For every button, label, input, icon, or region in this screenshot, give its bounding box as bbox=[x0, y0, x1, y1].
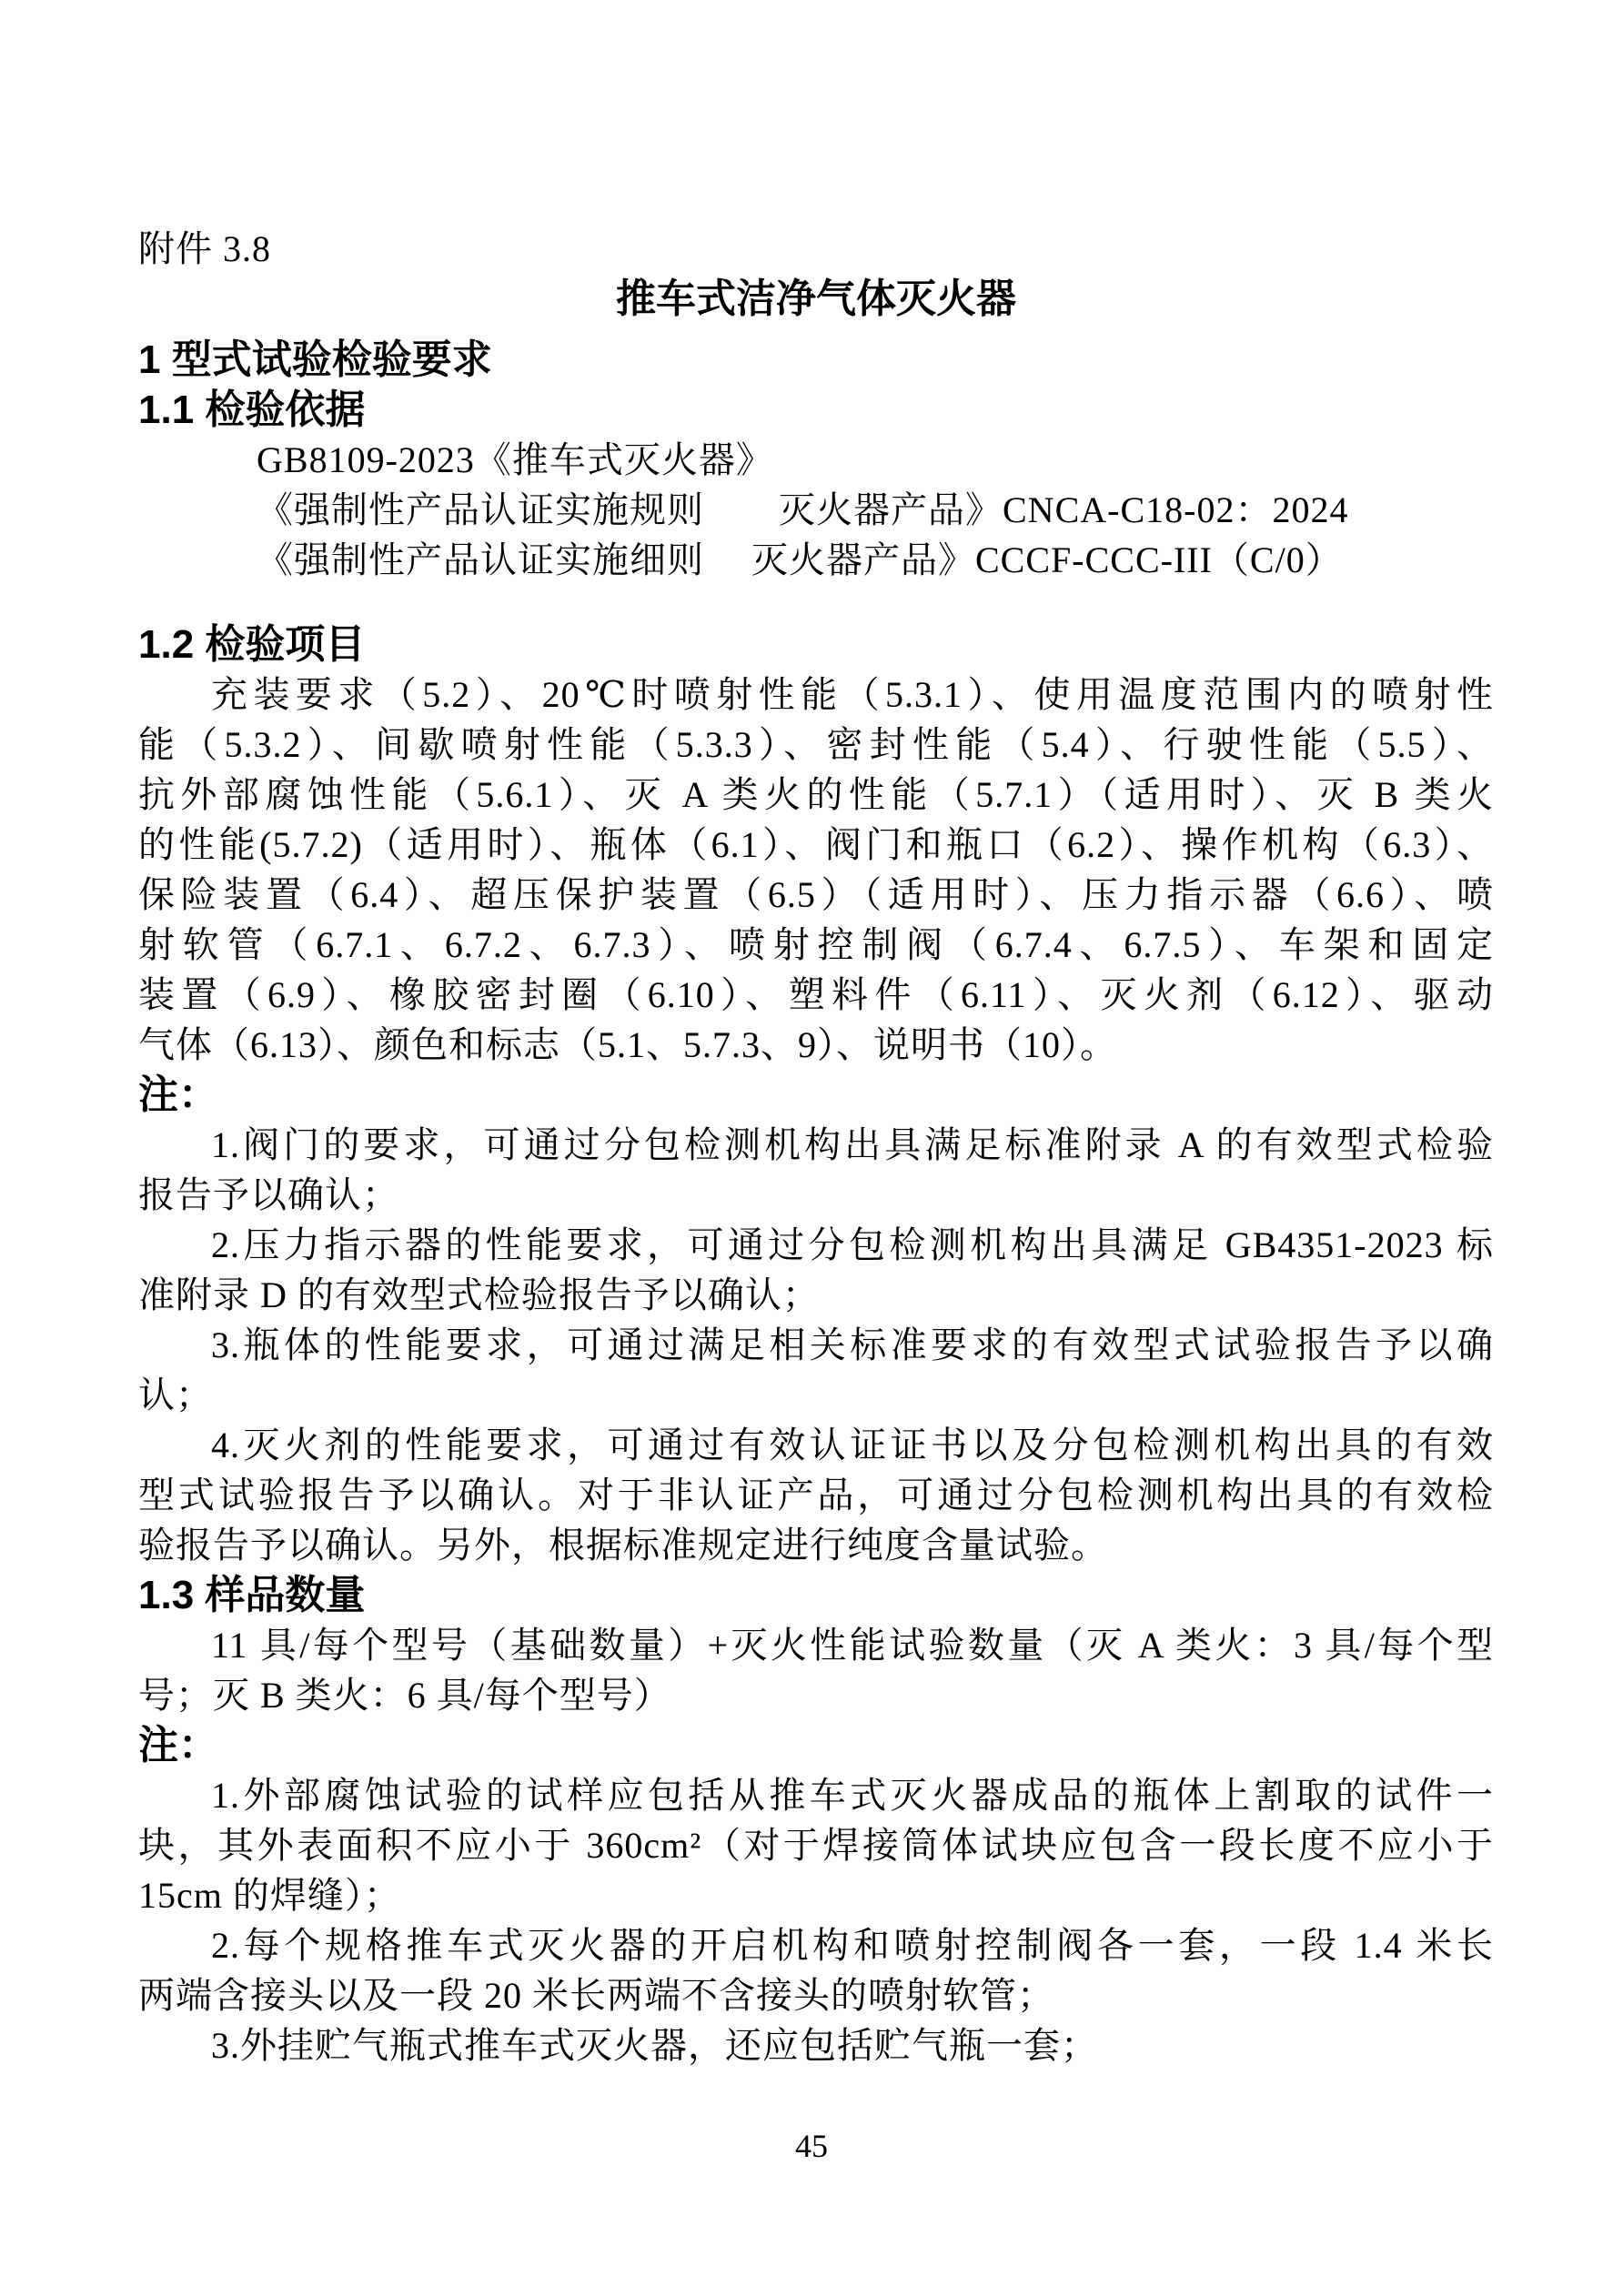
inspection-items-line-4: 的性能(5.7.2)（适用时）、瓶体（6.1）、阀门和瓶口（6.2）、操作机构（… bbox=[138, 820, 1494, 870]
sample-quantity-line-1: 11 具/每个型号（基础数量）+灭火性能试验数量（灭 A 类火：3 具/每个型 bbox=[138, 1620, 1494, 1670]
heading-1: 1 型式试验检验要求 bbox=[138, 335, 1494, 385]
note-label-1: 注： bbox=[138, 1070, 1494, 1120]
note-4-agent-line-2: 型式试验报告予以确认。对于非认证产品，可通过分包检测机构出具的有效检 bbox=[138, 1470, 1494, 1520]
inspection-items-line-3: 抗外部腐蚀性能（5.6.1）、灭 A 类火的性能（5.7.1）（适用时）、灭 B… bbox=[138, 770, 1494, 820]
inspection-items-line-1: 充装要求（5.2）、20℃时喷射性能（5.3.1）、使用温度范围内的喷射性 bbox=[138, 670, 1494, 720]
note-4-agent-line-3: 验报告予以确认。另外，根据标准规定进行纯度含量试验。 bbox=[138, 1520, 1494, 1570]
note-1-corrosion-line-3: 15cm 的焊缝）； bbox=[138, 1870, 1494, 1920]
heading-1-1: 1.1 检验依据 bbox=[138, 385, 1494, 435]
note-2-pressure-indicator-line-2: 准附录 D 的有效型式检验报告予以确认； bbox=[138, 1270, 1494, 1320]
note-1-valve-line-2: 报告予以确认； bbox=[138, 1170, 1494, 1220]
note-3-gas-cylinder-line: 3.外挂贮气瓶式推车式灭火器，还应包括贮气瓶一套； bbox=[138, 2020, 1494, 2070]
ref-implementation-detail: 《强制性产品认证实施细则 灭火器产品》CCCF-CCC-III（C/0） bbox=[138, 535, 1494, 585]
inspection-items-line-6: 射软管（6.7.1、6.7.2、6.7.3）、喷射控制阀（6.7.4、6.7.5… bbox=[138, 920, 1494, 970]
note-1-valve-line-1: 1.阀门的要求，可通过分包检测机构出具满足标准附录 A 的有效型式检验 bbox=[138, 1120, 1494, 1170]
ref-gb8109: GB8109-2023《推车式灭火器》 bbox=[138, 435, 1494, 485]
inspection-items-line-8: 气体（6.13）、颜色和标志（5.1、5.7.3、9）、说明书（10）。 bbox=[138, 1020, 1494, 1070]
note-1-corrosion-line-2: 块，其外表面积不应小于 360cm²（对于焊接筒体试块应包含一段长度不应小于 bbox=[138, 1820, 1494, 1870]
heading-1-2: 1.2 检验项目 bbox=[138, 619, 1494, 670]
document-page: 附件 3.8 推车式洁净气体灭火器 1 型式试验检验要求 1.1 检验依据 GB… bbox=[0, 0, 1623, 2296]
note-3-cylinder-line-2: 认； bbox=[138, 1370, 1494, 1420]
note-2-pressure-indicator-line-1: 2.压力指示器的性能要求，可通过分包检测机构出具满足 GB4351-2023 标 bbox=[138, 1220, 1494, 1270]
note-2-hose-line-1: 2.每个规格推车式灭火器的开启机构和喷射控制阀各一套，一段 1.4 米长 bbox=[138, 1920, 1494, 1970]
note-label-2: 注： bbox=[138, 1720, 1494, 1770]
inspection-items-line-2: 能（5.3.2）、间歇喷射性能（5.3.3）、密封性能（5.4）、行驶性能（5.… bbox=[138, 720, 1494, 770]
page-number: 45 bbox=[0, 2127, 1623, 2165]
inspection-items-line-7: 装置（6.9）、橡胶密封圈（6.10）、塑料件（6.11）、灭火剂（6.12）、… bbox=[138, 970, 1494, 1020]
note-2-hose-line-2: 两端含接头以及一段 20 米长两端不含接头的喷射软管； bbox=[138, 1970, 1494, 2020]
attachment-label: 附件 3.8 bbox=[138, 224, 1494, 274]
note-1-corrosion-line-1: 1.外部腐蚀试验的试样应包括从推车式灭火器成品的瓶体上割取的试件一 bbox=[138, 1770, 1494, 1820]
note-4-agent-line-1: 4.灭火剂的性能要求，可通过有效认证证书以及分包检测机构出具的有效 bbox=[138, 1420, 1494, 1470]
inspection-items-line-5: 保险装置（6.4）、超压保护装置（6.5）（适用时）、压力指示器（6.6）、喷 bbox=[138, 870, 1494, 920]
sample-quantity-line-2: 号；灭 B 类火：6 具/每个型号） bbox=[138, 1670, 1494, 1720]
heading-1-3: 1.3 样品数量 bbox=[138, 1570, 1494, 1620]
text-block: 附件 3.8 推车式洁净气体灭火器 1 型式试验检验要求 1.1 检验依据 GB… bbox=[138, 224, 1494, 2070]
note-3-cylinder-line-1: 3.瓶体的性能要求，可通过满足相关标准要求的有效型式试验报告予以确 bbox=[138, 1320, 1494, 1370]
ref-implementation-rule: 《强制性产品认证实施规则 灭火器产品》CNCA-C18-02：2024 bbox=[138, 485, 1494, 535]
doc-title: 推车式洁净气体灭火器 bbox=[138, 274, 1494, 324]
